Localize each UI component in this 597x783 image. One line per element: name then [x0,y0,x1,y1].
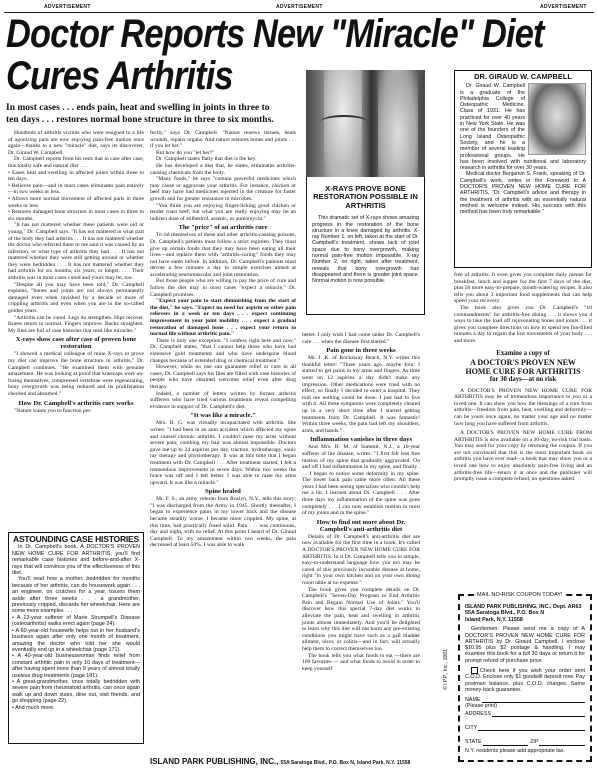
section-heading: How to find out more about Dr. Campbell'… [302,519,420,533]
publisher-footer: ISLAND PARK PUBLISHING, INC., 55A Sarato… [150,757,450,766]
section-heading: How Dr. Campbell's arthritis cure works [8,400,144,407]
section-heading: X-rays show case after case of proven bo… [8,336,144,350]
xray-caption: This dramatic set of X-rays shows amazin… [312,215,419,284]
address-field[interactable]: ADDRESS [465,711,585,717]
article-column-2: fectly," says Dr. Campbell. "Nature rene… [150,130,296,549]
bio-title: DR. GIRAUD W. CAMPBELL [460,74,586,80]
state-zip-fields[interactable]: STATE ZIP [465,739,585,745]
section-heading: Spine healed [150,488,296,495]
order-coupon[interactable]: MAIL NO-RISK COUPON TODAY! ISLAND PARK P… [458,594,592,762]
article-column-4: free of arthritis. It even gives you com… [454,272,592,483]
case-histories-box: ASTOUNDING CASE HISTORIES In Dr. Campbel… [8,532,144,744]
section-heading: Pain gone in three weeks [302,347,420,354]
state-field[interactable] [483,740,529,746]
ad-label: ADVERTISEMENT [540,4,587,10]
ad-label: ADVERTISEMENT [276,4,323,10]
subheadline: In most cases . . . ends pain, heat and … [6,102,306,126]
copyright-notice: © I.P.P., Inc., 1981 [443,649,449,690]
coupon-body: Gentlemen: Please send me a copy of A DO… [465,626,585,664]
article-column-3: better. I only wish I had come under Dr.… [302,332,420,672]
ad-label: ADVERTISEMENT [44,4,91,10]
section-heading: Inflammation vanishes in three days [302,436,420,443]
section-heading: "It was like a miracle." [150,412,296,419]
xray-caption-box: X-RAYS PROVE BONE RESTORATION POSSIBLE I… [306,177,425,315]
xray-knee-image [306,70,425,177]
cod-checkbox[interactable] [471,667,478,674]
print-hint: (Please print) [465,703,585,709]
publisher-address: ISLAND PARK PUBLISHING, INC., Dept. AR63… [465,604,585,623]
author-photo [528,83,586,155]
section-heading: The "price" of an arthritis cure [150,224,296,231]
headline-line2: Cures Arthritis [6,56,513,96]
coupon-header: MAIL NO-RISK COUPON TODAY! [474,592,566,598]
tax-note: N.Y. residents please add appropriate ta… [465,748,585,754]
author-bio-box: DR. GIRAUD W. CAMPBELL Dr. Giraud W. Cam… [454,70,592,268]
city-field[interactable]: CITY [465,725,585,731]
article-column-1: Hundreds of arthritis victims who were r… [8,130,144,414]
offer-heading: Examine a copy of A DOCTOR'S PROVEN NEW … [454,350,592,384]
box-title: ASTOUNDING CASE HISTORIES [12,536,140,542]
zip-field[interactable] [539,740,585,746]
headline-line1: Doctor Reports New "Miracle" Diet [6,14,513,54]
cod-text: Check here if you wish your order sent C… [465,668,585,693]
xray-title: X-RAYS PROVE BONE RESTORATION POSSIBLE I… [312,185,419,210]
